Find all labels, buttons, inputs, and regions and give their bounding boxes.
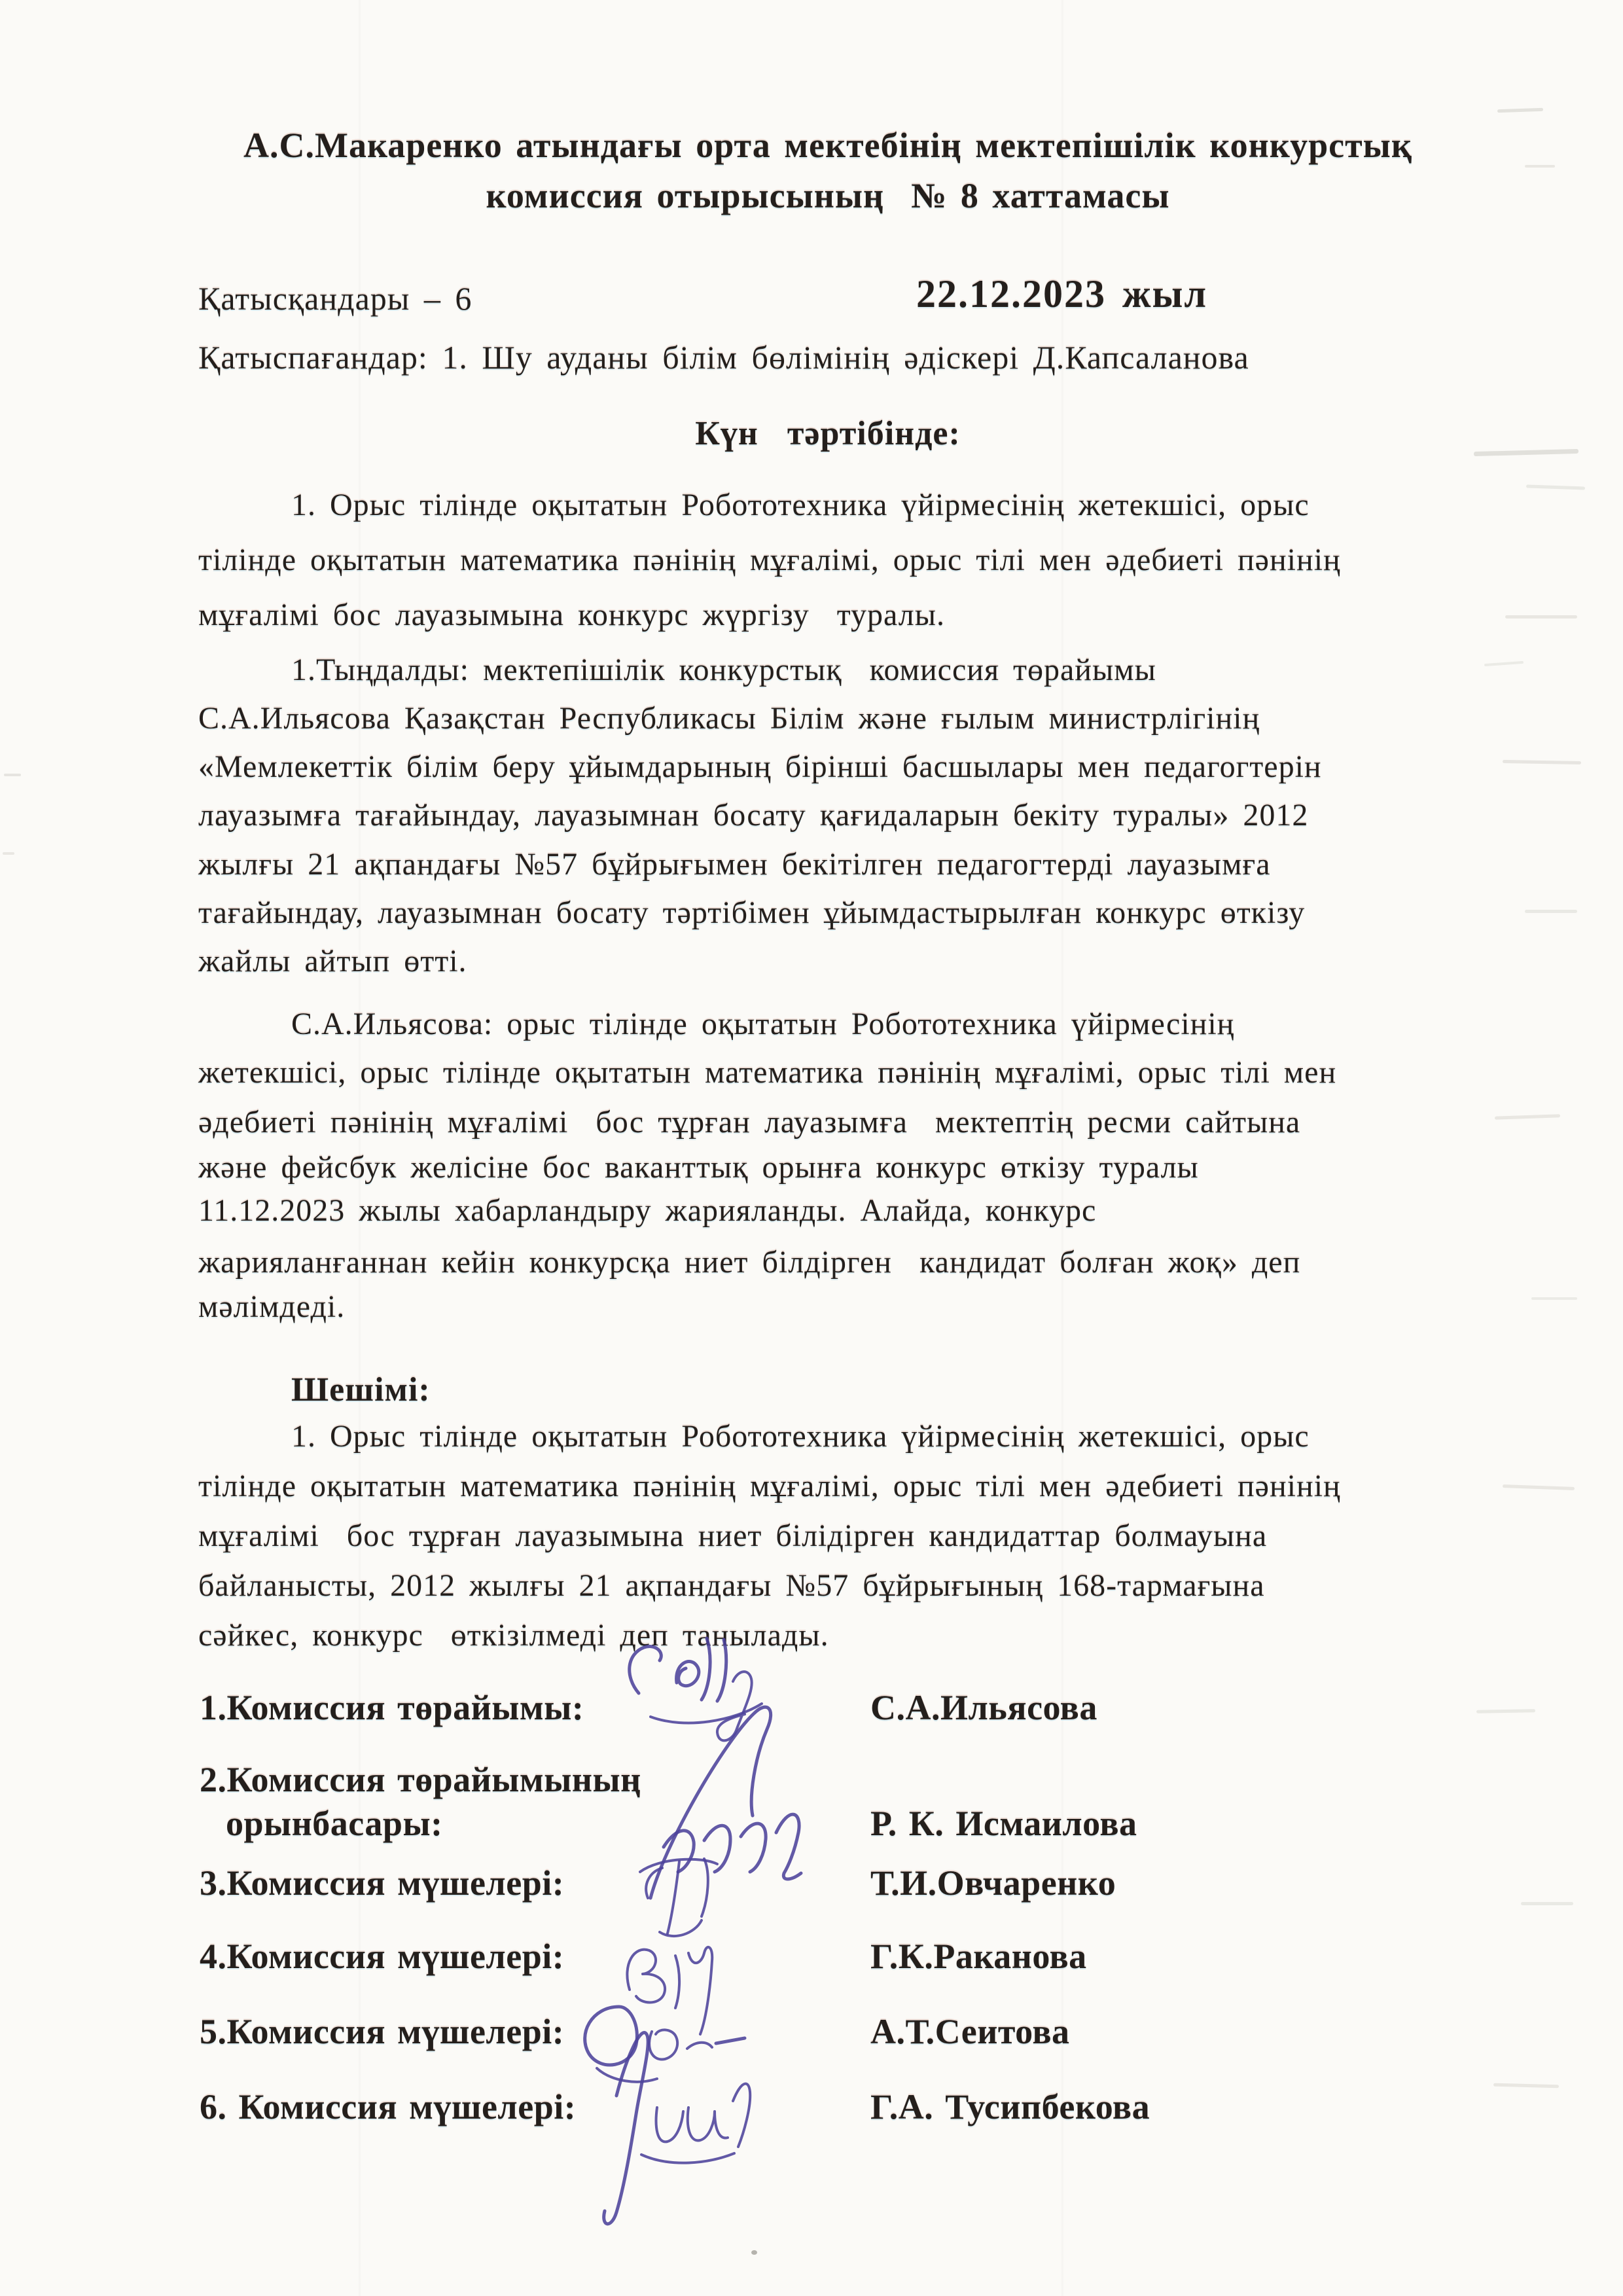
signature-label: 3.Комиссия мүшелері:	[200, 1865, 564, 1901]
decision-line: тілінде оқытатын математика пәнінің мұға…	[198, 1471, 1341, 1502]
signature-label: 5.Комиссия мүшелері:	[200, 2014, 564, 2049]
heard-line: жылғы 21 ақпандағы №57 бұйрығымен бекіті…	[198, 849, 1271, 880]
signature-name: А.Т.Сеитова	[870, 2014, 1069, 2049]
decision-line: байланысты, 2012 жылғы 21 ақпандағы №57 …	[198, 1570, 1265, 1602]
speech-line: жарияланғаннан кейін конкурсқа ниет білд…	[198, 1247, 1300, 1278]
smudge-mark	[1525, 910, 1577, 913]
meeting-date: 22.12.2023 жыл	[916, 274, 1207, 314]
smudge-mark	[1495, 1114, 1560, 1119]
smudge-mark	[4, 774, 21, 776]
handwritten-signature-tusipbekova	[576, 2015, 762, 2253]
speech-line: және фейсбук желісіне бос ваканттық орын…	[198, 1152, 1199, 1183]
agenda-heading: Күн тәртібінде:	[190, 417, 1466, 451]
speech-line: С.А.Ильясова: орыс тілінде оқытатын Робо…	[291, 1009, 1234, 1040]
signature-name: Р. К. Исмаилова	[870, 1806, 1137, 1841]
document-title-line2: комиссия отырысының № 8 хаттамасы	[190, 171, 1466, 221]
signature-label: 2.Комиссия төрайымының	[200, 1762, 641, 1797]
smudge-mark	[1531, 1297, 1577, 1300]
speech-line: жетекшісі, орыс тілінде оқытатын математ…	[198, 1057, 1336, 1088]
smudge-mark	[1521, 1902, 1573, 1905]
speech-line: әдебиеті пәнінің мұғалімі бос тұрған лау…	[198, 1107, 1300, 1138]
smudge-mark	[1503, 760, 1581, 764]
decision-line: 1. Орыс тілінде оқытатын Робототехника ү…	[291, 1421, 1310, 1452]
heard-line: жайлы айтып өтті.	[198, 946, 467, 977]
agenda-line: мұғалімі бос лауазымына конкурс жүргізу …	[198, 600, 945, 631]
smudge-mark	[1497, 108, 1543, 113]
attendees-count: Қатысқандары – 6	[198, 282, 472, 315]
agenda-line: 1. Орыс тілінде оқытатын Робототехника ү…	[291, 490, 1310, 521]
smudge-mark	[1526, 484, 1585, 490]
smudge-mark	[1493, 2083, 1559, 2089]
heard-line: «Мемлекеттік білім беру ұйымдарының бірі…	[198, 751, 1322, 783]
smudge-mark	[1476, 1709, 1535, 1713]
speech-line: мәлімдеді.	[198, 1291, 345, 1323]
decision-heading: Шешімі:	[291, 1373, 431, 1407]
heard-line: лауазымға тағайындау, лауазымнан босату …	[198, 800, 1308, 831]
signature-name: Г.А. Тусипбекова	[870, 2089, 1150, 2125]
smudge-mark	[3, 852, 14, 855]
signature-name: С.А.Ильясова	[870, 1690, 1097, 1725]
smudge-mark	[1503, 1484, 1575, 1490]
heard-line: С.А.Ильясова Қазақстан Республикасы Білі…	[198, 703, 1260, 734]
heard-line: 1.Тыңдалды: мектепішілік конкурстық коми…	[291, 655, 1156, 686]
document-title-line1: А.С.Макаренко атындағы орта мектебінің м…	[190, 120, 1466, 171]
agenda-line: тілінде оқытатын математика пәнінің мұға…	[198, 545, 1341, 576]
decision-line: мұғалімі бос тұрған лауазымына ниет білі…	[198, 1520, 1267, 1552]
document-title: А.С.Макаренко атындағы орта мектебінің м…	[190, 120, 1466, 221]
heard-line: тағайындау, лауазымнан босату тәртібімен…	[198, 897, 1305, 929]
signature-label: 6. Комиссия мүшелері:	[200, 2089, 576, 2125]
absent-line: Қатыспағандар: 1. Шу ауданы білім бөлімі…	[198, 341, 1249, 374]
signature-label: орынбасары:	[226, 1806, 443, 1841]
speech-line: 11.12.2023 жылы хабарландыру жарияланды.…	[198, 1195, 1096, 1227]
smudge-mark	[1474, 449, 1578, 456]
scanned-protocol-document: А.С.Макаренко атындағы орта мектебінің м…	[0, 0, 1623, 2296]
smudge-mark	[1505, 615, 1577, 619]
signature-label: 1.Комиссия төрайымы:	[200, 1690, 584, 1725]
smudge-mark	[1484, 661, 1524, 666]
signature-name: Т.И.Овчаренко	[870, 1865, 1116, 1901]
signature-name: Г.К.Раканова	[870, 1939, 1087, 1974]
signature-label: 4.Комиссия мүшелері:	[200, 1939, 564, 1974]
smudge-mark	[1525, 165, 1555, 168]
